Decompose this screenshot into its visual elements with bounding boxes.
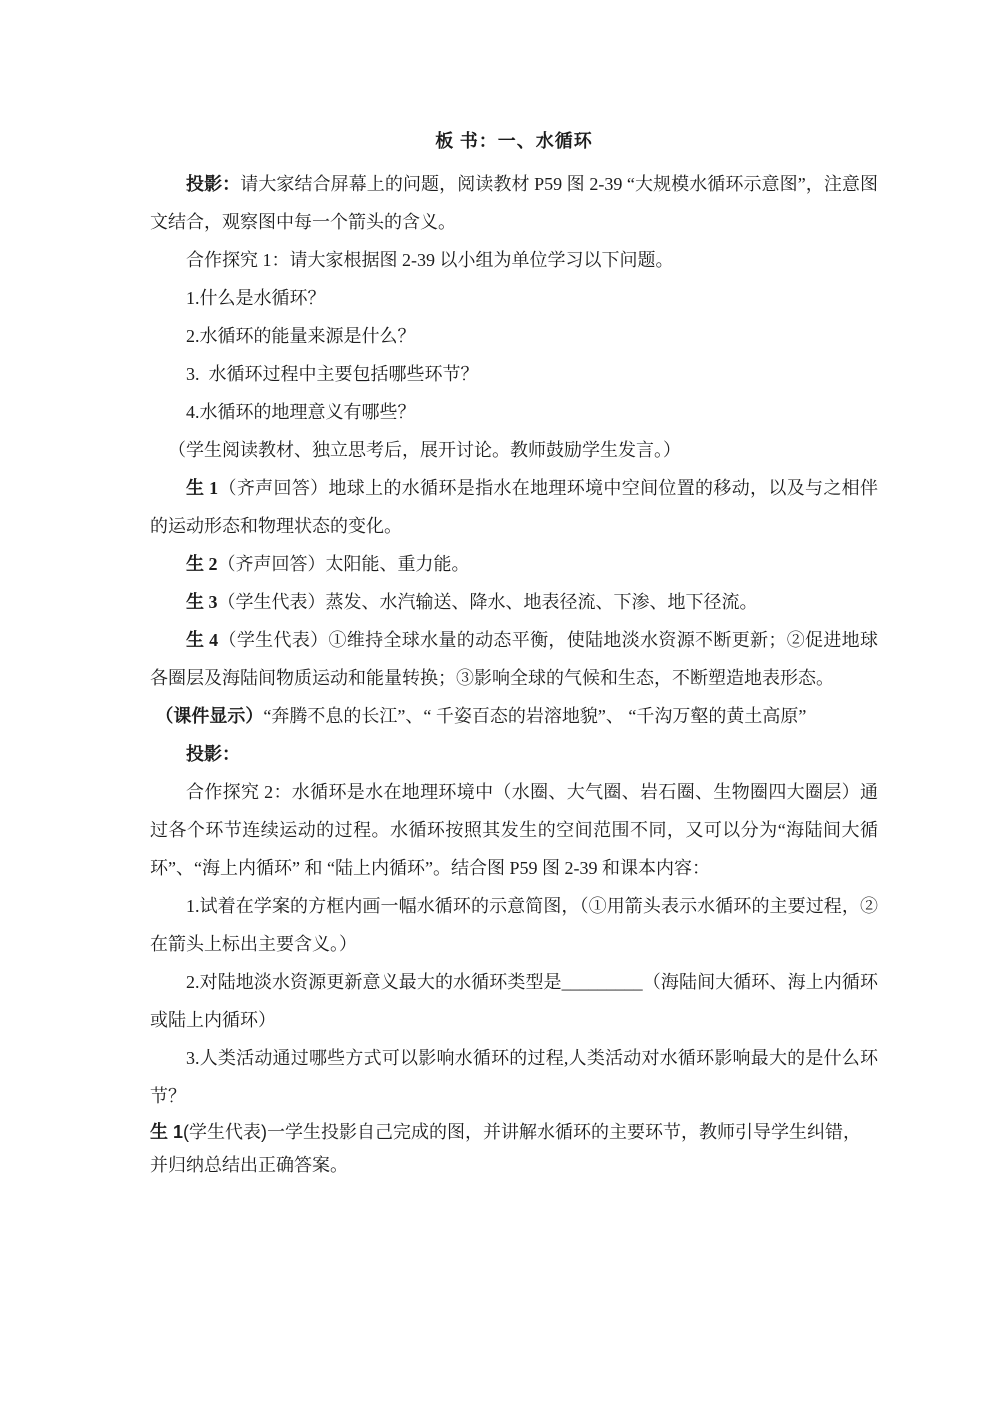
paragraph: （学生阅读教材、独立思考后，展开讨论。教师鼓励学生发言。） — [150, 431, 878, 469]
text-segment: 合作探究 1：请大家根据图 2-39 以小组为单位学习以下问题。 — [186, 250, 674, 270]
bold-text-segment: 投影： — [186, 744, 240, 764]
bold-text-segment: （课件显示） — [155, 706, 263, 726]
document-page: 板 书：一、水循环 投影：请大家结合屏幕上的问题，阅读教材 P59 图 2-39… — [0, 0, 1000, 1414]
text-segment: 2.对陆地淡水资源更新意义最大的水循环类型是_________（海陆间大循环、海… — [150, 972, 878, 1030]
paragraph: 生 2（齐声回答）太阳能、重力能。 — [150, 545, 878, 583]
paragraph: 投影： — [150, 735, 878, 773]
bold-text-segment: 生 4 — [186, 630, 218, 650]
text-segment: 请大家结合屏幕上的问题，阅读教材 P59 图 2-39 “大规模水循环示意图”，… — [150, 174, 878, 232]
text-segment: 3. 水循环过程中主要包括哪些环节？ — [186, 364, 479, 384]
paragraph: （课件显示）“奔腾不息的长江”、“ 千姿百态的岩溶地貌”、 “千沟万壑的黄土高原… — [150, 697, 878, 735]
paragraph: 1.试着在学案的方框内画一幅水循环的示意简图，（①用箭头表示水循环的主要过程，②… — [150, 887, 878, 963]
paragraph: 2.水循环的能量来源是什么？ — [150, 317, 878, 355]
page-title: 板 书：一、水循环 — [150, 122, 878, 160]
text-segment: （学生代表）蒸发、水汽输送、降水、地表径流、下渗、地下径流。 — [218, 592, 758, 612]
text-segment: (学生代表)一学生投影自己完成的图，并讲解水循环的主要环节，教师引导学生纠错，并… — [150, 1122, 861, 1175]
text-segment: （学生代表）①维持全球水量的动态平衡，使陆地淡水资源不断更新；②促进地球各圈层及… — [150, 630, 878, 688]
text-segment: 2.水循环的能量来源是什么？ — [186, 326, 416, 346]
bold-text-segment: 生 2 — [186, 554, 218, 574]
document-body: 投影：请大家结合屏幕上的问题，阅读教材 P59 图 2-39 “大规模水循环示意… — [150, 165, 878, 1182]
text-segment: 3.人类活动通过哪些方式可以影响水循环的过程,人类活动对水循环影响最大的是什么环… — [150, 1048, 878, 1106]
text-segment: 1.什么是水循环？ — [186, 288, 326, 308]
paragraph: 合作探究 2：水循环是水在地理环境中（水圈、大气圈、岩石圈、生物圈四大圈层）通过… — [150, 773, 878, 887]
bold-text-segment: 生 3 — [186, 592, 218, 612]
text-segment: （学生阅读教材、独立思考后，展开讨论。教师鼓励学生发言。） — [168, 440, 681, 460]
paragraph: 1.什么是水循环？ — [150, 279, 878, 317]
text-segment: （齐声回答）地球上的水循环是指水在地理环境中空间位置的移动，以及与之相伴的运动形… — [150, 478, 878, 536]
text-segment: 1.试着在学案的方框内画一幅水循环的示意简图，（①用箭头表示水循环的主要过程，②… — [150, 896, 878, 954]
bold-text-segment: 生 1 — [150, 1122, 183, 1142]
text-segment: （齐声回答）太阳能、重力能。 — [218, 554, 470, 574]
bold-text-segment: 投影： — [186, 174, 240, 194]
paragraph: 3. 水循环过程中主要包括哪些环节？ — [150, 355, 878, 393]
text-segment: 4.水循环的地理意义有哪些？ — [186, 402, 416, 422]
text-segment: 合作探究 2：水循环是水在地理环境中（水圈、大气圈、岩石圈、生物圈四大圈层）通过… — [150, 782, 878, 878]
paragraph: 投影：请大家结合屏幕上的问题，阅读教材 P59 图 2-39 “大规模水循环示意… — [150, 165, 878, 241]
paragraph: 生 1(学生代表)一学生投影自己完成的图，并讲解水循环的主要环节，教师引导学生纠… — [150, 1116, 878, 1182]
bold-text-segment: 生 1 — [186, 478, 218, 498]
paragraph: 3.人类活动通过哪些方式可以影响水循环的过程,人类活动对水循环影响最大的是什么环… — [150, 1039, 878, 1115]
paragraph: 合作探究 1：请大家根据图 2-39 以小组为单位学习以下问题。 — [150, 241, 878, 279]
paragraph: 生 3（学生代表）蒸发、水汽输送、降水、地表径流、下渗、地下径流。 — [150, 583, 878, 621]
text-segment: “奔腾不息的长江”、“ 千姿百态的岩溶地貌”、 “千沟万壑的黄土高原” — [263, 706, 806, 726]
paragraph: 生 1（齐声回答）地球上的水循环是指水在地理环境中空间位置的移动，以及与之相伴的… — [150, 469, 878, 545]
paragraph: 4.水循环的地理意义有哪些？ — [150, 393, 878, 431]
paragraph: 生 4（学生代表）①维持全球水量的动态平衡，使陆地淡水资源不断更新；②促进地球各… — [150, 621, 878, 697]
document-content: 板 书：一、水循环 投影：请大家结合屏幕上的问题，阅读教材 P59 图 2-39… — [0, 0, 1000, 1182]
paragraph: 2.对陆地淡水资源更新意义最大的水循环类型是_________（海陆间大循环、海… — [150, 963, 878, 1039]
